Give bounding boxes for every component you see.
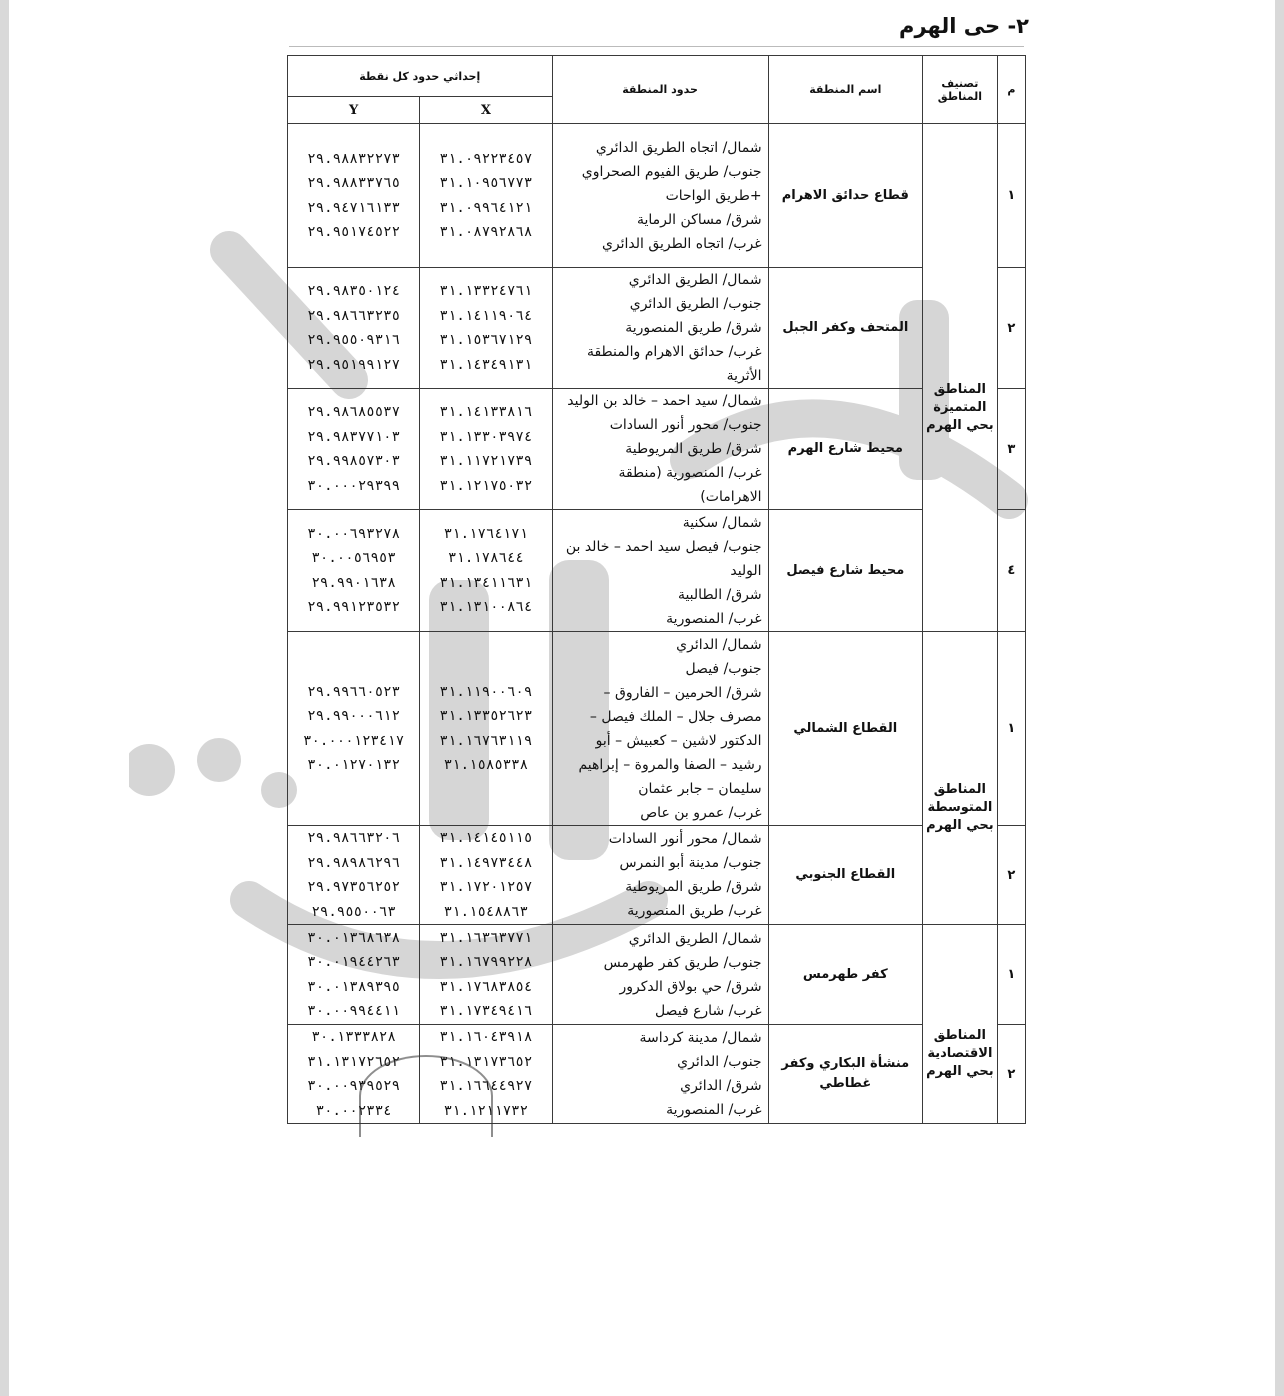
boundary-line: شرق/ حي بولاق الدكرور bbox=[557, 975, 762, 999]
header-index: م bbox=[997, 56, 1025, 124]
y-value: ٢٩.٩٥٥٠٠٦٣ bbox=[288, 900, 419, 925]
boundary-line: الأثرية bbox=[557, 364, 762, 388]
boundary-line: غرب/ المنصورية bbox=[557, 1098, 762, 1122]
y-coordinates: ٢٩.٩٨٦٨٥٥٣٧٢٩.٩٨٣٧٧١٠٣٢٩.٩٩٨٥٧٣٠٣٣٠.٠٠٠٢… bbox=[288, 389, 420, 510]
boundary-line: شمال/ سيد احمد – خالد بن الوليد bbox=[557, 389, 762, 413]
row-index: ٢ bbox=[997, 1025, 1025, 1124]
zone-classification: المناطق المتوسطة بحي الهرم bbox=[923, 632, 998, 925]
area-name: منشأة البكاري وكفر غطاطي bbox=[768, 1025, 922, 1124]
table-row: ١المناطق المتوسطة بحي الهرمالقطاع الشمال… bbox=[288, 632, 1026, 826]
y-value: ٣٠.٠٠٩٣٩٥٢٩ bbox=[288, 1074, 419, 1099]
boundary-line: جنوب/ مدينة أبو النمرس bbox=[557, 851, 762, 875]
y-value: ٢٩.٩٨٦٨٥٥٣٧ bbox=[288, 400, 419, 425]
table-row: ٣محيط شارع الهرمشمال/ سيد احمد – خالد بن… bbox=[288, 389, 1026, 510]
y-value: ٢٩.٩٩١٢٣٥٣٢ bbox=[288, 595, 419, 620]
table-row: ٢القطاع الجنوبيشمال/ محور أنور الساداتجن… bbox=[288, 826, 1026, 925]
x-coordinates: ٣١.١٣٣٢٤٧٦١٣١.١٤١١٩٠٦٤٣١.١٥٣٦٧١٢٩٣١.١٤٣٤… bbox=[420, 268, 552, 389]
boundary-line: رشيد – الصفا والمروة – إبراهيم bbox=[557, 753, 762, 777]
boundary-line: شرق/ طريق المنصورية bbox=[557, 316, 762, 340]
row-index: ١ bbox=[997, 632, 1025, 826]
y-coordinates: ٢٩.٩٨٣٥٠١٢٤٢٩.٩٨٦٦٣٢٣٥٢٩.٩٥٥٠٩٣١٦٢٩.٩٥١٩… bbox=[288, 268, 420, 389]
x-value: ٣١.١٤١٤٥١١٥ bbox=[420, 826, 551, 851]
x-coordinates: ٣١.١١٩٠٠٦٠٩٣١.١٣٣٥٢٦٢٣٣١.١٦٧٦٣١١٩٣١.١٥٨٥… bbox=[420, 632, 552, 826]
boundary-line: شرق/ طريق المريوطية bbox=[557, 875, 762, 899]
x-value: ٣١.١١٩٠٠٦٠٩ bbox=[420, 680, 551, 705]
x-value: ٣١.١٣١٧٣٦٥٢ bbox=[420, 1050, 551, 1075]
y-value: ٣٠.٠٠٥٦٩٥٣ bbox=[288, 546, 419, 571]
boundary-line: شرق/ مساكن الرماية bbox=[557, 208, 762, 232]
x-coordinates: ٣١.٠٩٢٢٣٤٥٧٣١.١٠٩٥٦٧٧٣٣١.٠٩٩٦٤١٢١٣١.٠٨٧٩… bbox=[420, 124, 552, 268]
boundary-line: شرق/ الحرمين – الفاروق – bbox=[557, 681, 762, 705]
x-value: ٣١.١٣١٠٠٨٦٤ bbox=[420, 595, 551, 620]
y-value: ٣٠.٠٠٠١٢٣٤١٧ bbox=[288, 729, 419, 754]
boundary-line: شرق/ الطالبية bbox=[557, 583, 762, 607]
y-value: ٢٩.٩٨٩٨٦٢٩٦ bbox=[288, 851, 419, 876]
y-value: ٣١.١٣١٧٢٦٥٢ bbox=[288, 1050, 419, 1075]
header-coordinates: إحداثي حدود كل نقطة bbox=[288, 56, 553, 97]
y-coordinates: ٣٠.٠١٣٦٨٦٣٨٣٠.٠١٩٤٤٢٦٣٣٠.٠١٣٨٩٣٩٥٣٠.٠٠٩٩… bbox=[288, 925, 420, 1025]
y-value: ٢٩.٩٧٣٥٦٢٥٢ bbox=[288, 875, 419, 900]
x-coordinates: ٣١.١٤١٤٥١١٥٣١.١٤٩٧٣٤٤٨٣١.١٧٢٠١٢٥٧٣١.١٥٤٨… bbox=[420, 826, 552, 925]
row-index: ١ bbox=[997, 925, 1025, 1025]
zones-table: م تصنيف المناطق اسم المنطقة حدود المنطقة… bbox=[287, 55, 1026, 1124]
header-classification: تصنيف المناطق bbox=[923, 56, 998, 124]
y-coordinates: ٢٩.٩٨٦٦٣٢٠٦٢٩.٩٨٩٨٦٢٩٦٢٩.٩٧٣٥٦٢٥٢٢٩.٩٥٥٠… bbox=[288, 826, 420, 925]
document-page: ٢- حى الهرم م تصنيف المناطق اسم المنطقة … bbox=[9, 0, 1275, 1396]
x-value: ٣١.١٤٣٤٩١٣١ bbox=[420, 353, 551, 378]
boundary-line: الاهرامات) bbox=[557, 485, 762, 509]
x-coordinates: ٣١.١٧٦٤١٧١٣١.١٧٨٦٤٤٣١.١٣٤١١٦٣١٣١.١٣١٠٠٨٦… bbox=[420, 510, 552, 632]
boundary-line: +طريق الواحات bbox=[557, 184, 762, 208]
boundary-line: جنوب/ محور أنور السادات bbox=[557, 413, 762, 437]
boundary-line: غرب/ شارع فيصل bbox=[557, 999, 762, 1023]
y-coordinates: ٢٩.٩٩٦٦٠٥٢٣٢٩.٩٩٠٠٠٦١٢٣٠.٠٠٠١٢٣٤١٧٣٠.٠١٢… bbox=[288, 632, 420, 826]
area-boundaries: شمال/ الطريق الدائريجنوب/ طريق كفر طهرمس… bbox=[552, 925, 768, 1025]
boundary-line: شمال/ مدينة كرداسة bbox=[557, 1026, 762, 1050]
boundary-line: جنوب/ فيصل سيد احمد – خالد بن bbox=[557, 535, 762, 559]
area-name: المتحف وكفر الجبل bbox=[768, 268, 922, 389]
boundary-line: شمال/ اتجاه الطريق الدائري bbox=[557, 136, 762, 160]
y-value: ٣٠.٠١٣٨٩٣٩٥ bbox=[288, 975, 419, 1000]
x-value: ٣١.١٦٦٤٤٩٢٧ bbox=[420, 1074, 551, 1099]
y-value: ٢٩.٩٨٨٣٣٧٦٥ bbox=[288, 171, 419, 196]
table-row: ٢منشأة البكاري وكفر غطاطيشمال/ مدينة كرد… bbox=[288, 1025, 1026, 1124]
x-coordinates: ٣١.١٤١٣٣٨١٦٣١.١٣٣٠٣٩٧٤٣١.١١٧٢١٧٣٩٣١.١٢١٧… bbox=[420, 389, 552, 510]
table-body: ١المناطق المتميزة بحي الهرمقطاع حدائق ال… bbox=[288, 124, 1026, 1124]
boundary-line: جنوب/ طريق الفيوم الصحراوي bbox=[557, 160, 762, 184]
header-boundaries: حدود المنطقة bbox=[552, 56, 768, 124]
area-name: القطاع الشمالي bbox=[768, 632, 922, 826]
y-value: ٣٠.٠١٢٧٠١٣٢ bbox=[288, 753, 419, 778]
y-value: ٢٩.٩٩٠٠٠٦١٢ bbox=[288, 704, 419, 729]
x-value: ٣١.٠٩٩٦٤١٢١ bbox=[420, 196, 551, 221]
area-name: محيط شارع فيصل bbox=[768, 510, 922, 632]
x-value: ٣١.٠٨٧٩٢٨٦٨ bbox=[420, 220, 551, 245]
boundary-line: جنوب/ فيصل bbox=[557, 657, 762, 681]
x-value: ٣١.١٧٣٤٩٤١٦ bbox=[420, 999, 551, 1024]
page-title: ٢- حى الهرم bbox=[889, 14, 1029, 38]
y-value: ٣٠.٠١٣٦٨٦٣٨ bbox=[288, 926, 419, 951]
area-name: كفر طهرمس bbox=[768, 925, 922, 1025]
x-value: ٣١.١٧٢٠١٢٥٧ bbox=[420, 875, 551, 900]
zone-classification: المناطق الاقتصادية بحي الهرم bbox=[923, 925, 998, 1124]
x-value: ٣١.١٤٩٧٣٤٤٨ bbox=[420, 851, 551, 876]
y-value: ٢٩.٩٥٥٠٩٣١٦ bbox=[288, 328, 419, 353]
row-index: ٢ bbox=[997, 268, 1025, 389]
x-coordinates: ٣١.١٦٣٦٣٧٧١٣١.١٦٧٩٩٢٢٨٣١.١٧٦٨٣٨٥٤٣١.١٧٣٤… bbox=[420, 925, 552, 1025]
y-value: ٢٩.٩٨٣٥٠١٢٤ bbox=[288, 279, 419, 304]
y-value: ٣٠.١٣٣٣٨٢٨ bbox=[288, 1025, 419, 1050]
boundary-line: شرق/ الدائري bbox=[557, 1074, 762, 1098]
boundary-line: غرب/ اتجاه الطريق الدائري bbox=[557, 232, 762, 256]
boundary-line: غرب/ طريق المنصورية bbox=[557, 899, 762, 923]
x-value: ٣١.١٢١١٧٣٢ bbox=[420, 1099, 551, 1124]
y-value: ٢٩.٩٨٣٧٧١٠٣ bbox=[288, 425, 419, 450]
table-row: ١المناطق الاقتصادية بحي الهرمكفر طهرمسشم… bbox=[288, 925, 1026, 1025]
x-value: ٣١.١٥٤٨٨٦٣ bbox=[420, 900, 551, 925]
area-boundaries: شمال/ مدينة كرداسةجنوب/ الدائريشرق/ الدا… bbox=[552, 1025, 768, 1124]
boundary-line: شمال/ الدائري bbox=[557, 633, 762, 657]
x-value: ٣١.١٦٧٩٩٢٢٨ bbox=[420, 950, 551, 975]
y-value: ٣٠.٠٠٢٣٣٤ bbox=[288, 1099, 419, 1124]
boundary-line: سليمان – جابر عثمان bbox=[557, 777, 762, 801]
boundary-line: شمال/ الطريق الدائري bbox=[557, 927, 762, 951]
x-value: ٣١.١٦٠٤٣٩١٨ bbox=[420, 1025, 551, 1050]
table-header-row: م تصنيف المناطق اسم المنطقة حدود المنطقة… bbox=[288, 56, 1026, 97]
area-boundaries: شمال/ الطريق الدائريجنوب/ الطريق الدائري… bbox=[552, 268, 768, 389]
y-value: ٢٩.٩٩٦٦٠٥٢٣ bbox=[288, 680, 419, 705]
y-value: ٢٩.٩٤٧١٦١٣٣ bbox=[288, 196, 419, 221]
row-index: ٣ bbox=[997, 389, 1025, 510]
boundary-line: شمال/ الطريق الدائري bbox=[557, 268, 762, 292]
area-name: قطاع حدائق الاهرام bbox=[768, 124, 922, 268]
area-boundaries: شمال/ اتجاه الطريق الدائريجنوب/ طريق الف… bbox=[552, 124, 768, 268]
y-value: ٢٩.٩٥١٩٩١٢٧ bbox=[288, 353, 419, 378]
x-value: ٣١.١٤١٣٣٨١٦ bbox=[420, 400, 551, 425]
x-value: ٣١.١٧٦٤١٧١ bbox=[420, 522, 551, 547]
boundary-line: غرب/ حدائق الاهرام والمنطقة bbox=[557, 340, 762, 364]
y-value: ٢٩.٩٩٠١٦٣٨ bbox=[288, 571, 419, 596]
y-value: ٣٠.٠٠٠٢٩٣٩٩ bbox=[288, 474, 419, 499]
header-x: X bbox=[420, 97, 552, 124]
x-value: ٣١.١٥٨٥٣٣٨ bbox=[420, 753, 551, 778]
y-value: ٣٠.٠١٩٤٤٢٦٣ bbox=[288, 950, 419, 975]
table-row: ٤محيط شارع فيصلشمال/ سكنيةجنوب/ فيصل سيد… bbox=[288, 510, 1026, 632]
y-coordinates: ٣٠.١٣٣٣٨٢٨٣١.١٣١٧٢٦٥٢٣٠.٠٠٩٣٩٥٢٩٣٠.٠٠٢٣٣… bbox=[288, 1025, 420, 1124]
boundary-line: جنوب/ الدائري bbox=[557, 1050, 762, 1074]
x-value: ٣١.١٠٩٥٦٧٧٣ bbox=[420, 171, 551, 196]
x-value: ٣١.١١٧٢١٧٣٩ bbox=[420, 449, 551, 474]
row-index: ٤ bbox=[997, 510, 1025, 632]
boundary-line: الوليد bbox=[557, 559, 762, 583]
header-y: Y bbox=[288, 97, 420, 124]
x-value: ٣١.٠٩٢٢٣٤٥٧ bbox=[420, 147, 551, 172]
x-value: ٣١.١٤١١٩٠٦٤ bbox=[420, 304, 551, 329]
x-value: ٣١.١٦٣٦٣٧٧١ bbox=[420, 926, 551, 951]
y-value: ٢٩.٩٨٦٦٣٢٣٥ bbox=[288, 304, 419, 329]
header-area-name: اسم المنطقة bbox=[768, 56, 922, 124]
boundary-line: شرق/ طريق المريوطية bbox=[557, 437, 762, 461]
area-name: القطاع الجنوبي bbox=[768, 826, 922, 925]
x-value: ٣١.١٥٣٦٧١٢٩ bbox=[420, 328, 551, 353]
y-value: ٢٩.٩٥١٧٤٥٢٢ bbox=[288, 220, 419, 245]
boundary-line: غرب/ عمرو بن عاص bbox=[557, 801, 762, 825]
y-coordinates: ٢٩.٩٨٨٣٢٢٧٣٢٩.٩٨٨٣٣٧٦٥٢٩.٩٤٧١٦١٣٣٢٩.٩٥١٧… bbox=[288, 124, 420, 268]
y-coordinates: ٣٠.٠٠٦٩٣٢٧٨٣٠.٠٠٥٦٩٥٣٢٩.٩٩٠١٦٣٨٢٩.٩٩١٢٣٥… bbox=[288, 510, 420, 632]
x-coordinates: ٣١.١٦٠٤٣٩١٨٣١.١٣١٧٣٦٥٢٣١.١٦٦٤٤٩٢٧٣١.١٢١١… bbox=[420, 1025, 552, 1124]
area-name: محيط شارع الهرم bbox=[768, 389, 922, 510]
zone-classification: المناطق المتميزة بحي الهرم bbox=[923, 124, 998, 632]
x-value: ٣١.١٣٣٥٢٦٢٣ bbox=[420, 704, 551, 729]
title-divider bbox=[289, 46, 1024, 47]
boundary-line: جنوب/ الطريق الدائري bbox=[557, 292, 762, 316]
table-row: ١المناطق المتميزة بحي الهرمقطاع حدائق ال… bbox=[288, 124, 1026, 268]
table-row: ٢المتحف وكفر الجبلشمال/ الطريق الدائريجن… bbox=[288, 268, 1026, 389]
row-index: ٢ bbox=[997, 826, 1025, 925]
y-value: ٢٩.٩٨٦٦٣٢٠٦ bbox=[288, 826, 419, 851]
x-value: ٣١.١٢١٧٥٠٣٢ bbox=[420, 474, 551, 499]
y-value: ٢٩.٩٩٨٥٧٣٠٣ bbox=[288, 449, 419, 474]
area-boundaries: شمال/ سيد احمد – خالد بن الوليدجنوب/ محو… bbox=[552, 389, 768, 510]
y-value: ٣٠.٠٠٦٩٣٢٧٨ bbox=[288, 522, 419, 547]
boundary-line: مصرف جلال – الملك فيصل – bbox=[557, 705, 762, 729]
x-value: ٣١.١٣٤١١٦٣١ bbox=[420, 571, 551, 596]
x-value: ٣١.١٣٣٠٣٩٧٤ bbox=[420, 425, 551, 450]
x-value: ٣١.١٦٧٦٣١١٩ bbox=[420, 729, 551, 754]
y-value: ٣٠.٠٠٩٩٤٤١١ bbox=[288, 999, 419, 1024]
boundary-line: غرب/ المنصورية (منطقة bbox=[557, 461, 762, 485]
area-boundaries: شمال/ سكنيةجنوب/ فيصل سيد احمد – خالد بن… bbox=[552, 510, 768, 632]
x-value: ٣١.١٧٨٦٤٤ bbox=[420, 546, 551, 571]
row-index: ١ bbox=[997, 124, 1025, 268]
boundary-line: جنوب/ طريق كفر طهرمس bbox=[557, 951, 762, 975]
boundary-line: شمال/ محور أنور السادات bbox=[557, 827, 762, 851]
y-value: ٢٩.٩٨٨٣٢٢٧٣ bbox=[288, 147, 419, 172]
boundary-line: غرب/ المنصورية bbox=[557, 607, 762, 631]
area-boundaries: شمال/ محور أنور الساداتجنوب/ مدينة أبو ا… bbox=[552, 826, 768, 925]
x-value: ٣١.١٣٣٢٤٧٦١ bbox=[420, 279, 551, 304]
area-boundaries: شمال/ الدائريجنوب/ فيصلشرق/ الحرمين – ال… bbox=[552, 632, 768, 826]
boundary-line: الدكتور لاشين – كعبيش – أبو bbox=[557, 729, 762, 753]
boundary-line: شمال/ سكنية bbox=[557, 511, 762, 535]
x-value: ٣١.١٧٦٨٣٨٥٤ bbox=[420, 975, 551, 1000]
